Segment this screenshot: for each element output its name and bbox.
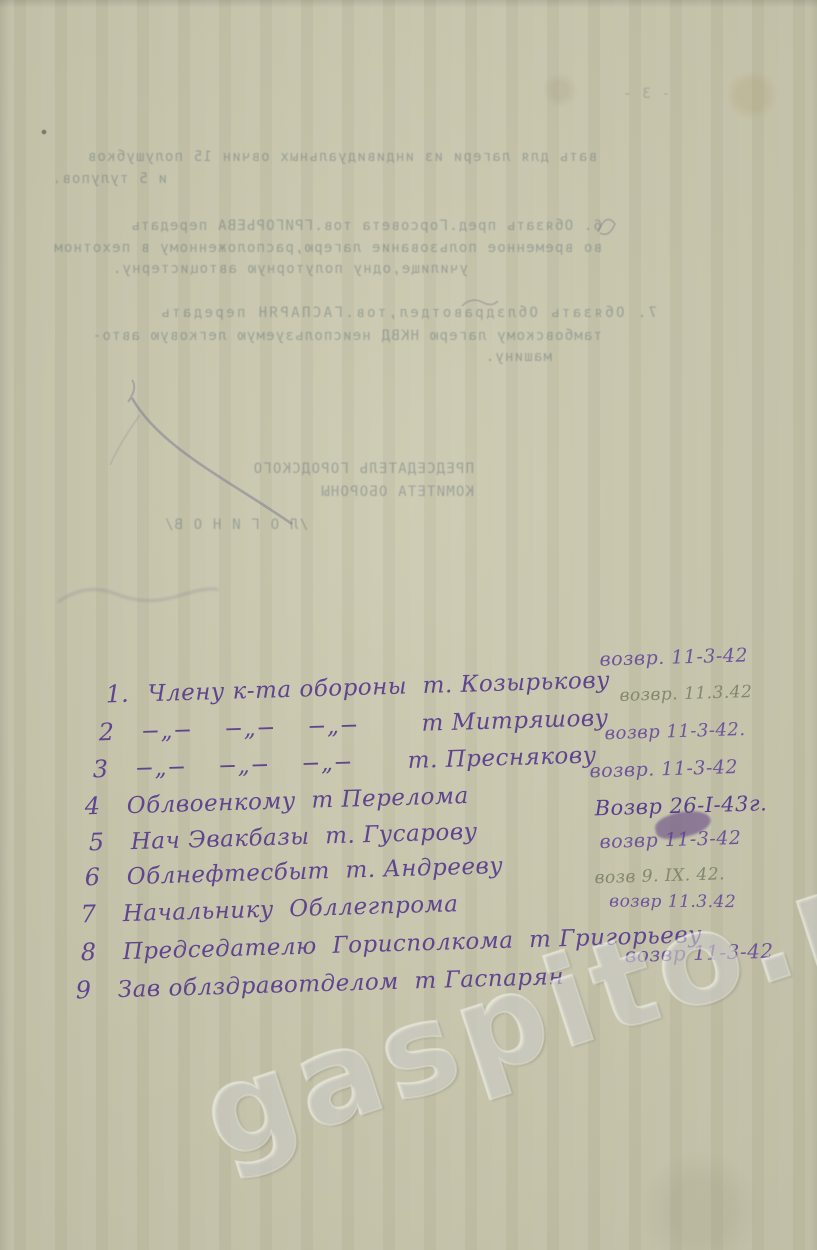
bleed-signature-title2: КОМИТЕТА ОБОРОНЫ: [237, 482, 474, 502]
row-return-date: возвр 11.3.42: [609, 891, 736, 912]
bleed-para6-line2: во временное пользование лагерю,располож…: [45, 238, 602, 258]
row-return-date: возвр. 11-3-42: [599, 644, 748, 670]
bleed-signature-name: /Л О Г И Н О В/: [153, 515, 308, 535]
bleed-para6-line1: 6. Обязать пред.Горсовета тов.ГРИГОРЬЕВА…: [70, 216, 602, 236]
bleed-para6-line3: училище,одну полуторную автоцистерну.: [150, 259, 468, 279]
bleed-para7-line1: 7. Обязать Облздравотдел,тов.ГАСПАРЯН пе…: [95, 303, 657, 323]
bleed-para7-line2: тамбовскому лагерю НКВД неиспользуемую л…: [45, 326, 602, 346]
row-return-date: возвр. 11.3.42: [619, 682, 752, 706]
row-text: Зав облздравотделом т Гаспарян: [117, 964, 564, 1003]
row-return-date: возвр 11-3-42.: [604, 719, 746, 744]
document-scan-page: - 3 - вать для лагери из индивидуальных …: [0, 0, 817, 1250]
bleed-intro-line2: и 5 тулупов.: [45, 169, 167, 189]
row-return-date: возвр. 11-3-42: [589, 756, 738, 782]
row-number: 9: [75, 975, 118, 1004]
row-return-date: возв 9. IX. 42.: [594, 864, 725, 888]
bleed-intro-line1: вать для лагери из индивидуальных овчин …: [45, 147, 597, 167]
row-return-date: возвр 11-3-42: [624, 939, 774, 967]
bleed-page-number: - 3 -: [618, 84, 670, 104]
bleed-signature-title1: ПРЕДСЕДАТЕЛЬ ГОРОДСКОГО: [237, 459, 474, 479]
bleed-para7-line3: машину.: [452, 347, 552, 367]
